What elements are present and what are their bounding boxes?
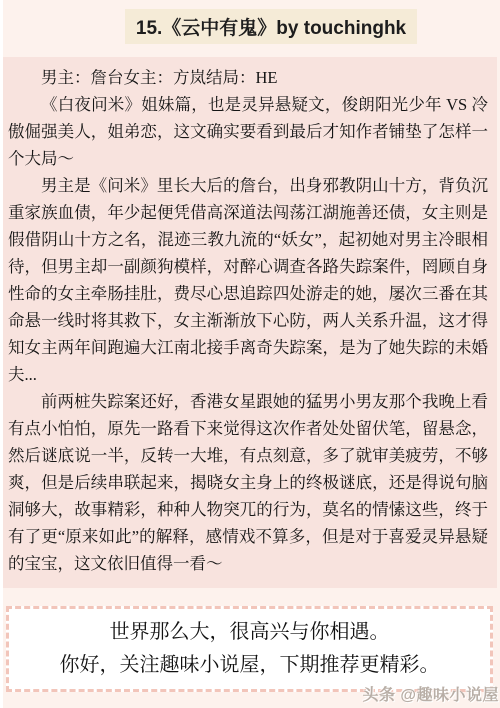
review-meta-line: 男主：詹台女主：方岚结局：HE xyxy=(8,64,488,91)
footer-box: 世界那么大，很高兴与你相遇。 你好，关注趣味小说屋，下期推荐更精彩。 xyxy=(6,606,493,692)
review-paragraph: 《白夜问米》姐妹篇，也是灵异悬疑文，俊朗阳光少年 VS 冷傲倔强美人，姐弟恋，这… xyxy=(8,91,488,172)
footer-line-1: 世界那么大，很高兴与你相遇。 xyxy=(110,616,390,649)
review-paragraph: 前两桩失踪案还好，香港女星跟她的猛男小男友那个我晚上看有点小怕怕，原先一路看下来… xyxy=(8,388,488,577)
review-body: 男主：詹台女主：方岚结局：HE 《白夜问米》姐妹篇，也是灵异悬疑文，俊朗阳光少年… xyxy=(3,57,497,588)
toutiao-watermark: 头条 @趣味小说屋 xyxy=(362,682,499,705)
title-band: 15.《云中有鬼》by touchinghk xyxy=(125,9,417,44)
footer-line-2: 你好，关注趣味小说屋，下期推荐更精彩。 xyxy=(60,649,440,682)
review-paragraph: 男主是《问米》里长大后的詹台，出身邪教阴山十方，背负沉重家族血债，年少起便凭借高… xyxy=(8,172,488,388)
page-title: 15.《云中有鬼》by touchinghk xyxy=(136,13,406,40)
page: 15.《云中有鬼》by touchinghk 男主：詹台女主：方岚结局：HE 《… xyxy=(3,0,500,708)
